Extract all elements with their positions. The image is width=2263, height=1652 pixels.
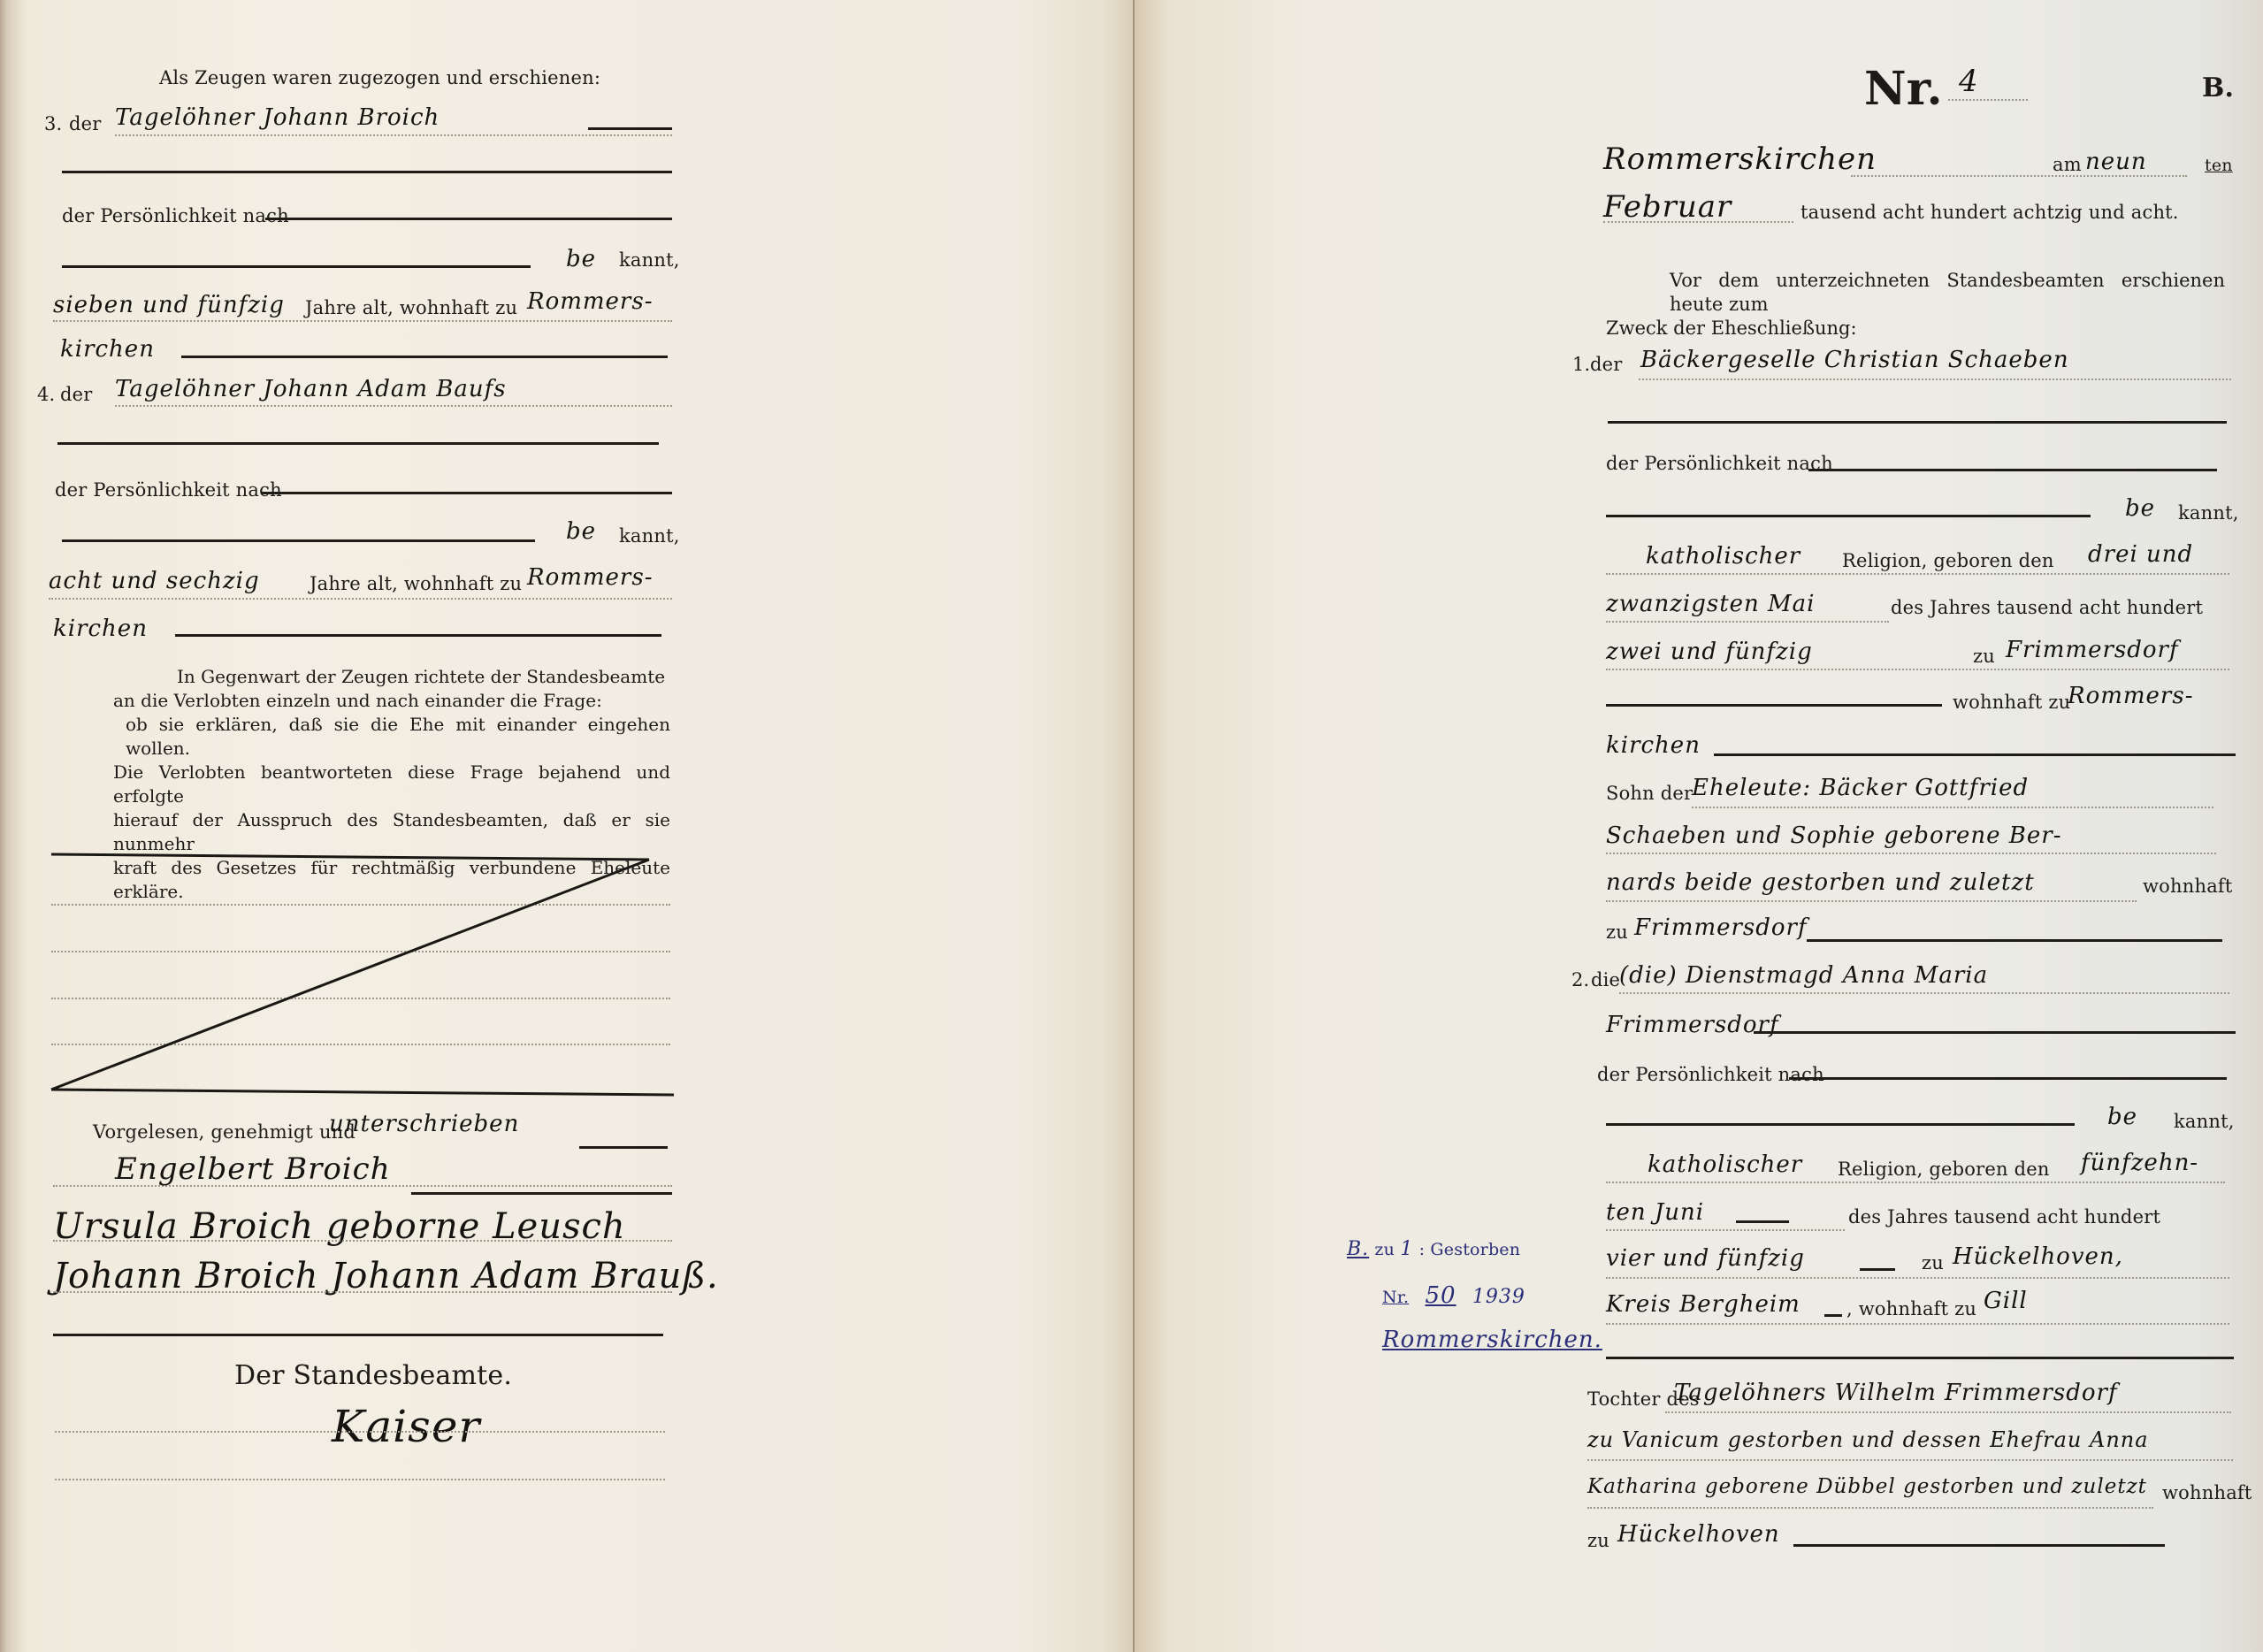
bride-residence-label: , wohnhaft zu bbox=[1846, 1298, 1976, 1319]
rule bbox=[1789, 1077, 2227, 1080]
rule bbox=[411, 1192, 672, 1195]
rule bbox=[53, 1334, 663, 1336]
rule bbox=[579, 1146, 668, 1149]
bride-religion-label: Religion, geboren den bbox=[1838, 1159, 2050, 1180]
day-suffix: ten bbox=[2205, 156, 2233, 175]
margin-note-nr: 50 bbox=[1415, 1282, 1467, 1309]
intro-line: Vor dem unterzeichneten Standesbeamten e… bbox=[1606, 269, 2225, 317]
fill-line bbox=[1851, 175, 2187, 177]
margin-note: B. zu 1 : Gestorben bbox=[1347, 1238, 1520, 1260]
groom-birthyear-label: des Jahres tausend acht hundert bbox=[1891, 597, 2203, 618]
bride-prefix: die bbox=[1591, 969, 1620, 990]
fill-line bbox=[1606, 900, 2137, 902]
margin-note-num: 1 bbox=[1400, 1238, 1413, 1260]
nr-value: 4 bbox=[1959, 64, 1979, 99]
bride-name: (die) Dienstmagd Anna Maria bbox=[1619, 962, 1988, 989]
fill-line bbox=[55, 1431, 665, 1433]
bride-birthyear-label: des Jahres tausend acht hundert bbox=[1848, 1206, 2160, 1228]
fill-line bbox=[1606, 1277, 2229, 1279]
am-label: am bbox=[2053, 154, 2082, 175]
fill-line bbox=[1587, 1507, 2153, 1509]
bride-name-2: Frimmersdorf bbox=[1606, 1012, 1779, 1038]
bride-parents-3: Katharina geborene Dübbel gestorben und … bbox=[1587, 1475, 2147, 1498]
bride-birthyear: vier und fünfzig bbox=[1606, 1245, 1805, 1272]
place: Rommerskirchen bbox=[1603, 141, 1877, 177]
bride-birthday-1: fünfzehn- bbox=[2081, 1150, 2198, 1176]
margin-note-letter: B. bbox=[1347, 1238, 1369, 1260]
rule bbox=[1606, 704, 1942, 707]
groom-parents-residence: Frimmersdorf bbox=[1634, 914, 1808, 941]
rule bbox=[1714, 753, 2236, 756]
groom-residence-2: kirchen bbox=[1606, 732, 1701, 759]
fill-line bbox=[53, 1291, 672, 1293]
bride-known-print: kannt, bbox=[2174, 1111, 2235, 1132]
fill-line bbox=[1619, 992, 2229, 994]
fill-line bbox=[1639, 379, 2231, 380]
fill-line bbox=[1692, 807, 2213, 808]
registrar-signature: Kaiser bbox=[332, 1401, 480, 1452]
fill-line bbox=[1606, 573, 2229, 575]
groom-known-hand: be bbox=[2125, 495, 2155, 522]
groom-birthday-1: drei und bbox=[2088, 541, 2193, 568]
groom-religion-label: Religion, geboren den bbox=[1842, 550, 2054, 571]
month: Februar bbox=[1603, 189, 1732, 225]
bride-religion: katholischer bbox=[1648, 1151, 1802, 1178]
right-page: Nr. 4 B. Rommerskirchen am neun ten Febr… bbox=[1135, 0, 2263, 1652]
read-label: Vorgelesen, genehmigt und bbox=[93, 1121, 356, 1143]
margin-note-place: Rommerskirchen. bbox=[1382, 1327, 1602, 1353]
fill-line bbox=[1587, 1459, 2233, 1461]
groom-birthday-2: zwanzigsten Mai bbox=[1606, 591, 1815, 617]
fill-line bbox=[1606, 1323, 2229, 1325]
groom-known-print: kannt, bbox=[2178, 502, 2239, 524]
rule bbox=[1860, 1268, 1895, 1271]
margin-note-died: : Gestorben bbox=[1419, 1240, 1521, 1259]
margin-note-nr-label: Nr. bbox=[1382, 1288, 1409, 1307]
rule bbox=[1608, 421, 2227, 424]
groom-residence-1: Rommers- bbox=[2068, 683, 2193, 709]
rule bbox=[1736, 1220, 1789, 1223]
groom-birthplace: Frimmersdorf bbox=[2006, 637, 2179, 663]
intro-line: Zweck der Eheschließung: bbox=[1606, 317, 2225, 340]
rule bbox=[1807, 939, 2222, 942]
groom-birthplace-label: zu bbox=[1973, 646, 1995, 667]
registrar-label: Der Standesbeamte. bbox=[234, 1360, 512, 1391]
year-text: tausend acht hundert achtzig und acht. bbox=[1800, 202, 2179, 223]
fill-line bbox=[1606, 1229, 1845, 1231]
left-page: Als Zeugen waren zugezogen und erschiene… bbox=[0, 0, 1135, 1652]
rule bbox=[1606, 1357, 2234, 1359]
section-letter: B. bbox=[2202, 73, 2234, 103]
groom-parents-label: Sohn der bbox=[1606, 783, 1693, 804]
groom-parents-2: Schaeben und Sophie geborene Ber- bbox=[1606, 822, 2062, 849]
fill-line bbox=[1606, 669, 2229, 670]
bride-birthplace-2: Kreis Bergheim bbox=[1606, 1291, 1800, 1318]
day: neun bbox=[2085, 149, 2147, 175]
read-hand: unterschrieben bbox=[329, 1111, 519, 1137]
bride-parents-residence-label: wohnhaft bbox=[2162, 1482, 2252, 1503]
fill-line bbox=[1665, 1411, 2231, 1413]
groom-number: 1. bbox=[1572, 354, 1590, 375]
rule bbox=[1793, 1544, 2165, 1547]
bride-birthday-2: ten Juni bbox=[1606, 1199, 1704, 1226]
groom-parents-3: nards beide gestorben und zuletzt bbox=[1606, 869, 2035, 896]
groom-religion: katholischer bbox=[1646, 543, 1800, 570]
bride-parents-zu: zu bbox=[1587, 1530, 1609, 1551]
fill-line bbox=[1948, 99, 2028, 101]
bride-identity-label: der Persönlichkeit nach bbox=[1597, 1064, 1824, 1085]
groom-prefix: der bbox=[1590, 354, 1623, 375]
bride-number: 2. bbox=[1571, 969, 1589, 990]
bride-known-hand: be bbox=[2107, 1104, 2137, 1130]
fill-line bbox=[1603, 221, 1793, 223]
rule bbox=[1754, 1031, 2236, 1034]
groom-parents-residence-label: wohnhaft bbox=[2143, 876, 2233, 897]
bride-residence: Gill bbox=[1984, 1288, 2028, 1314]
groom-parents-1: Eheleute: Bäcker Gottfried bbox=[1692, 775, 2029, 801]
rule bbox=[1606, 1123, 2075, 1126]
margin-note-line2: Nr. 50 1939 bbox=[1382, 1282, 1525, 1309]
rule bbox=[1824, 1314, 1842, 1317]
fill-line bbox=[1606, 1182, 2225, 1183]
signature-1: Engelbert Broich bbox=[115, 1151, 391, 1187]
groom-name: Bäckergeselle Christian Schaeben bbox=[1640, 347, 2069, 373]
margin-note-zu: zu bbox=[1374, 1240, 1395, 1259]
fill-line bbox=[55, 1479, 665, 1480]
z-strikeout-mark bbox=[0, 0, 1135, 1652]
rule bbox=[1606, 515, 2091, 517]
bride-birthplace: Hückelhoven, bbox=[1953, 1243, 2123, 1270]
bride-parents-1: Tagelöhners Wilhelm Frimmersdorf bbox=[1674, 1380, 2118, 1406]
bride-parents-residence: Hückelhoven bbox=[1617, 1521, 1780, 1548]
groom-birthyear: zwei und fünfzig bbox=[1606, 639, 1813, 665]
groom-identity-label: der Persönlichkeit nach bbox=[1606, 453, 1833, 474]
fill-line bbox=[53, 1240, 672, 1242]
nr-label: Nr. bbox=[1864, 62, 1943, 116]
rule bbox=[1808, 469, 2217, 471]
margin-note-year: 1939 bbox=[1472, 1286, 1525, 1308]
groom-residence-label: wohnhaft zu bbox=[1953, 692, 2070, 713]
fill-line bbox=[1606, 621, 1889, 623]
bride-parents-2: zu Vanicum gestorben und dessen Ehefrau … bbox=[1587, 1427, 2149, 1452]
fill-line bbox=[1606, 853, 2216, 854]
bride-birthplace-label: zu bbox=[1922, 1252, 1944, 1273]
groom-parents-zu: zu bbox=[1606, 922, 1628, 943]
intro-paragraph: Vor dem unterzeichneten Standesbeamten e… bbox=[1606, 269, 2225, 340]
